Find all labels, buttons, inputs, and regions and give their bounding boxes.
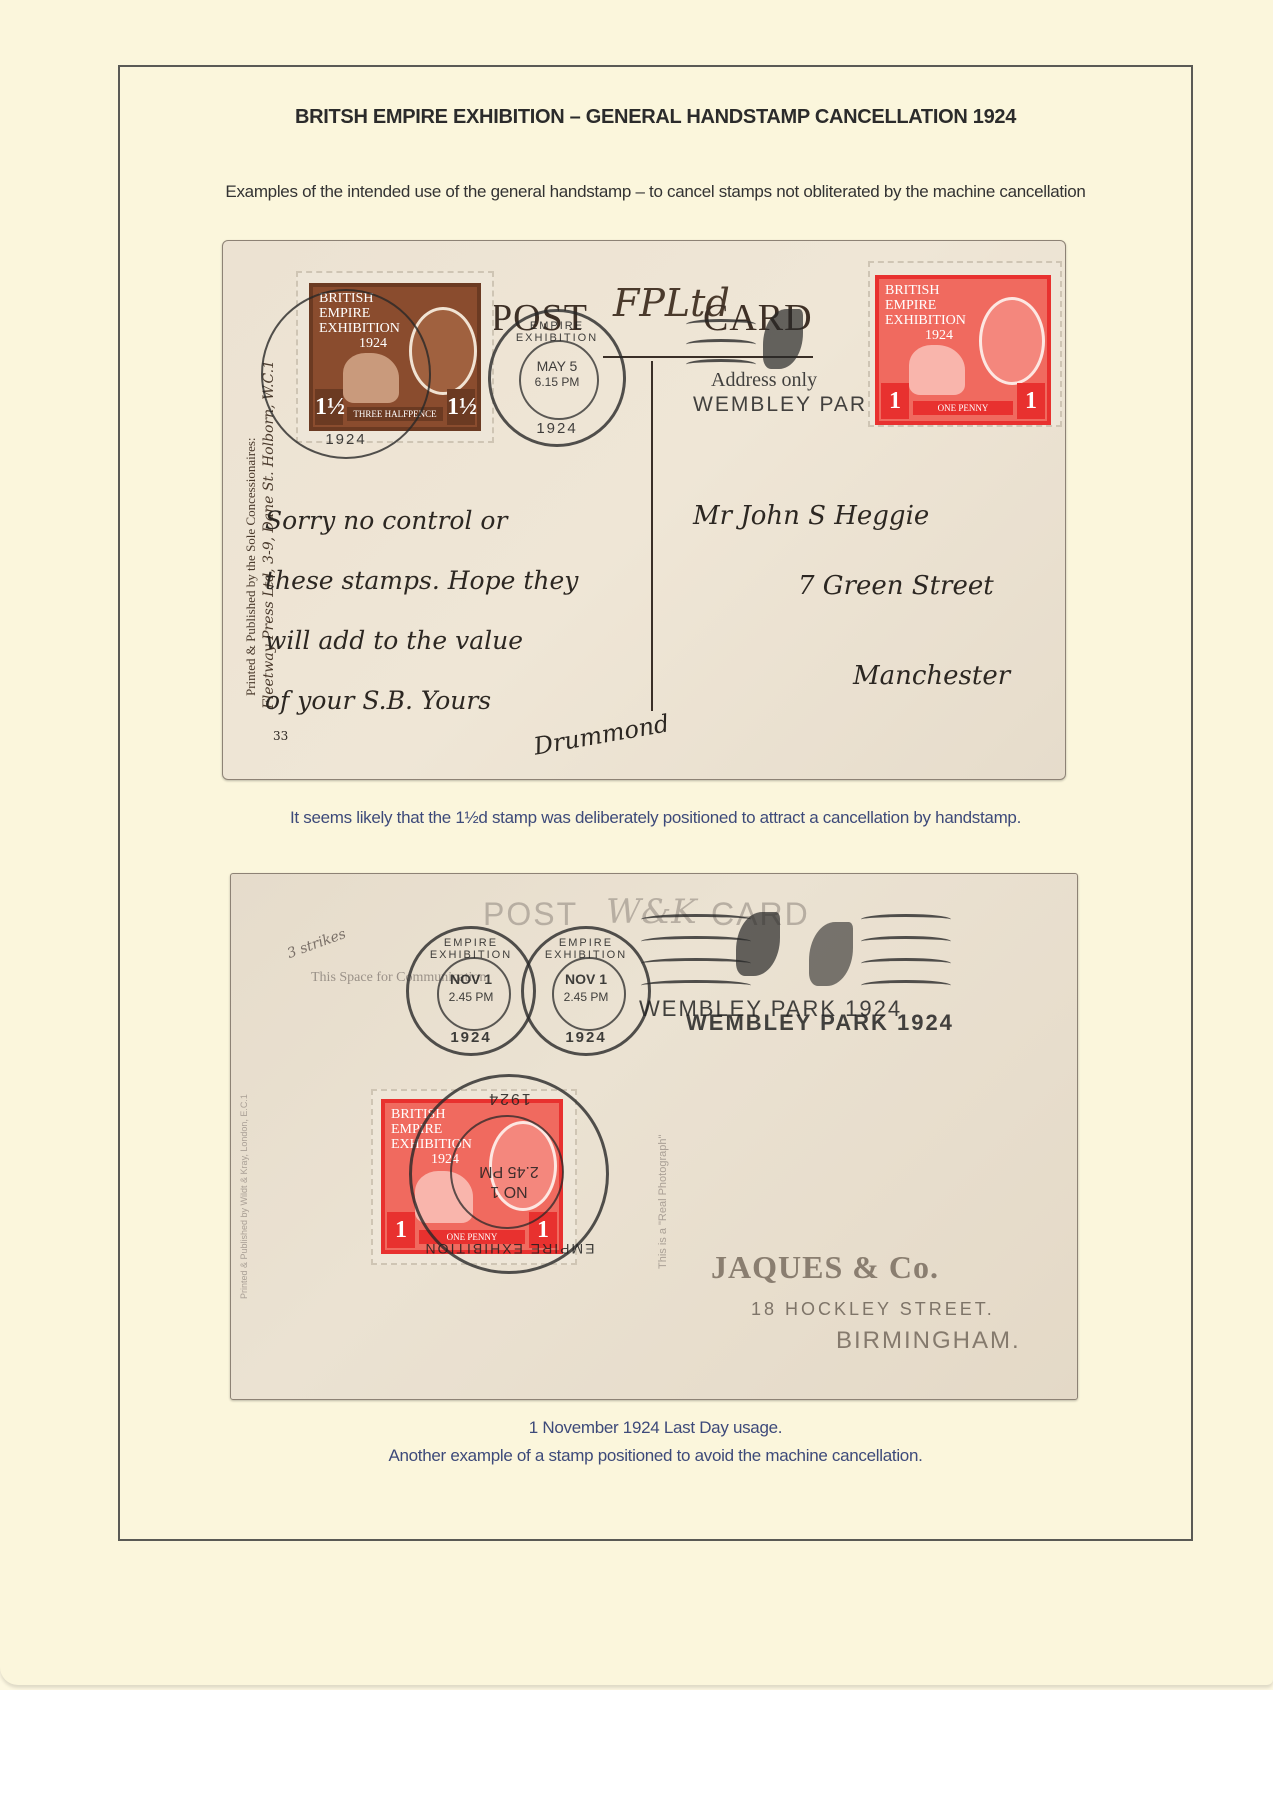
message-line: of your S.B. Yours	[265, 671, 578, 731]
handwritten-message: Sorry no control or these stamps. Hope t…	[265, 491, 578, 731]
postcard-1: Printed & Published by the Sole Concessi…	[222, 240, 1066, 780]
caption-postcard-1: It seems likely that the 1½d stamp was d…	[118, 808, 1193, 828]
page-title: BRITSH EMPIRE EXHIBITION – GENERAL HANDS…	[118, 106, 1193, 129]
handstamp-time: 2.45 PM	[412, 1163, 606, 1179]
stamp-value: 1	[1017, 383, 1045, 419]
handstamp-date: NO 1	[412, 1183, 606, 1199]
handstamp-time: 2.45 PM	[409, 989, 533, 1005]
handstamp-text: EMPIRE EXHIBITION	[412, 1241, 606, 1257]
stamp-year: 1924	[885, 328, 966, 343]
address-line-3: Manchester	[853, 661, 1010, 691]
message-number: 33	[273, 729, 288, 743]
divider-vertical	[651, 361, 653, 711]
machine-wave	[641, 914, 751, 925]
stamp-value: 1½	[447, 389, 475, 425]
handstamp-date: MAY 5	[491, 358, 623, 374]
publisher-line-1: Printed & Published by the Sole Concessi…	[243, 437, 259, 696]
message-line: Sorry no control or	[265, 491, 578, 551]
postcard-header-post: POST	[483, 896, 578, 933]
handstamp-year: 1924	[524, 1029, 648, 1046]
machine-wave	[686, 339, 756, 350]
lion-cancel-icon	[809, 922, 853, 986]
handstamp-year: 1924	[409, 1029, 533, 1046]
handstamp-year: 1924	[412, 1089, 606, 1107]
stamp-value: 1	[881, 383, 909, 419]
caption-postcard-2-line-2: Another example of a stamp positioned to…	[118, 1446, 1193, 1466]
handstamp-text: EMPIRE EXHIBITION	[491, 320, 623, 344]
stamp-one-penny: British Empire Exhibition 1924 1 1 ONE P…	[875, 275, 1051, 425]
page-subtitle: Examples of the intended use of the gene…	[118, 182, 1193, 202]
handstamp-may-5: EMPIRE EXHIBITION MAY 5 6.15 PM 1924	[488, 309, 626, 447]
machine-wave	[641, 958, 751, 969]
handstamp-nov-1-a: EMPIRE EXHIBITION NOV 1 2.45 PM 1924	[406, 926, 536, 1056]
address-street: 18 HOCKLEY STREET.	[751, 1299, 995, 1320]
handstamp-nov-1-b: EMPIRE EXHIBITION NOV 1 2.45 PM 1924	[521, 926, 651, 1056]
machine-wave	[641, 980, 751, 991]
handstamp-time: 6.15 PM	[491, 374, 623, 390]
address-company: JAQUES & Co.	[711, 1249, 939, 1286]
scanner-background	[0, 1690, 1273, 1800]
address-line-2: 7 Green Street	[798, 571, 994, 601]
stamp-band: ONE PENNY	[913, 401, 1013, 415]
stamp-text: Exhibition	[885, 313, 966, 328]
caption-postcard-2-line-1: 1 November 1924 Last Day usage.	[118, 1418, 1193, 1438]
address-city: BIRMINGHAM.	[836, 1327, 1021, 1355]
address-line-1: Mr John S Heggie	[693, 501, 929, 531]
handstamp-year: 1924	[263, 431, 429, 448]
king-portrait-icon	[979, 297, 1045, 385]
machine-slogan-wembley-2: WEMBLEY PARK 1924	[686, 1010, 954, 1036]
handstamp-year: 1924	[491, 420, 623, 437]
publisher-side-text: Printed & Published by Wildt & Kray, Lon…	[239, 1094, 249, 1299]
stamp-text: British	[885, 283, 966, 298]
handstamp-time: 2.45 PM	[524, 989, 648, 1005]
machine-wave	[861, 914, 951, 925]
handstamp-partial: 1924	[261, 289, 431, 459]
machine-wave	[861, 936, 951, 947]
message-line: will add to the value	[265, 611, 578, 671]
handstamp-text: EMPIRE EXHIBITION	[524, 937, 648, 961]
handstamp-date: NOV 1	[409, 971, 533, 987]
machine-wave	[861, 980, 951, 991]
handstamp-text: EMPIRE EXHIBITION	[409, 937, 533, 961]
message-line: these stamps. Hope they	[265, 551, 578, 611]
handstamp-on-stamp: EMPIRE EXHIBITION NO 1 2.45 PM 1924	[409, 1074, 609, 1274]
postcard-2: POST W&K CARD This Space for Communicati…	[230, 873, 1078, 1400]
publisher-monogram: W&K	[606, 892, 697, 932]
machine-wave	[861, 958, 951, 969]
lion-icon	[909, 345, 965, 395]
handstamp-date: NOV 1	[524, 971, 648, 987]
machine-wave	[641, 936, 751, 947]
pencil-note: 3 strikes	[285, 926, 348, 962]
stamp-value: 1	[387, 1212, 415, 1248]
machine-slogan-address: Address only	[711, 369, 817, 392]
photo-note: This is a "Real Photograph"	[657, 1135, 669, 1269]
machine-wave	[686, 319, 756, 330]
stamp-text: Empire	[885, 298, 966, 313]
